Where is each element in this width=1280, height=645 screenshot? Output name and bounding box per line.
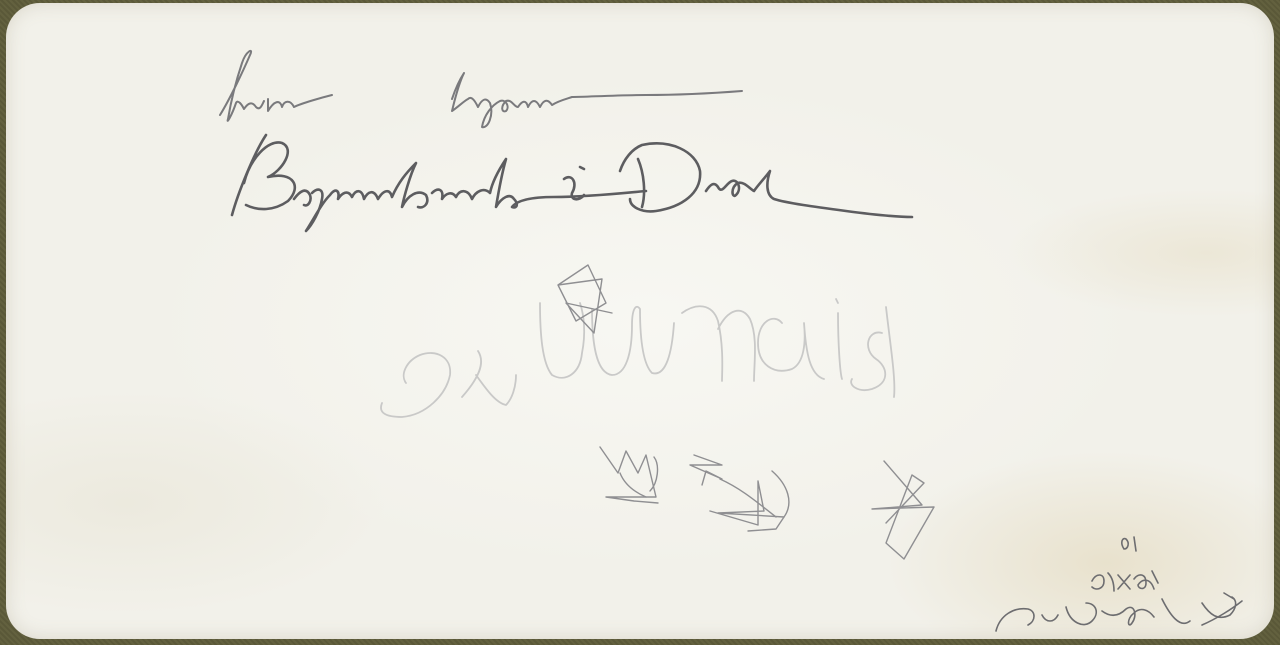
corner-note-handwriting bbox=[6, 3, 1274, 639]
card-back: Suite saxonne Badenbach à Dresde ou jama… bbox=[6, 3, 1274, 639]
